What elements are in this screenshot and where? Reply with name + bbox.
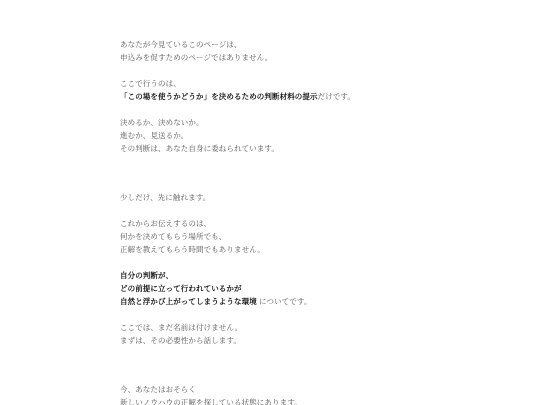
text-line: まずは、その必要性から話します。	[120, 334, 420, 347]
text-line: ここでは、まだ名前は付けません。	[120, 321, 420, 334]
text-line: あなたが今見ているこのページは、	[120, 38, 420, 51]
text-line: 新しいノウハウの正解を探している状態にあります。	[120, 396, 420, 405]
paragraph-disclaimer: これからお伝えするのは、 何かを決めてもらう場所でも、 正解を教えてもらう時間で…	[120, 217, 420, 256]
text-line: これからお伝えするのは、	[120, 217, 420, 230]
text-line: 決めるか、決めないか。	[120, 116, 420, 129]
text-line: 進むか、見送るか。	[120, 129, 420, 142]
paragraph-preview: 少しだけ、先に触れます。	[120, 191, 420, 204]
emphasis-text: 「この場を使うかどうか」を決めるための判断材料の提示	[120, 92, 318, 101]
paragraph-current-state: 今、あなたはおそらく 新しいノウハウの正解を探している状態にあります。	[120, 383, 420, 405]
text-line: 何かを決めてもらう場所でも、	[120, 230, 420, 243]
text-line: 少しだけ、先に触れます。	[120, 191, 420, 204]
emphasis-line: 自分の判断が、	[120, 269, 420, 282]
text-line: 自然と浮かび上がってしまうような環境 についてです。	[120, 295, 420, 308]
paragraph-intro: あなたが今見ているこのページは、 申込みを促すためのページではありません。	[120, 38, 420, 64]
text-line: 申込みを促すためのページではありません。	[120, 51, 420, 64]
text-segment: についてです。	[257, 297, 312, 306]
text-line: ここで行うのは、	[120, 77, 420, 90]
emphasis-line: どの前提に立って行われているかが	[120, 282, 420, 295]
text-line: 正解を教えてもらう時間でもありません。	[120, 243, 420, 256]
text-line: 今、あなたはおそらく	[120, 383, 420, 396]
text-line: 「この場を使うかどうか」を決めるための判断材料の提示だけです。	[120, 90, 420, 103]
paragraph-purpose: ここで行うのは、 「この場を使うかどうか」を決めるための判断材料の提示だけです。	[120, 77, 420, 103]
paragraph-naming: ここでは、まだ名前は付けません。 まずは、その必要性から話します。	[120, 321, 420, 347]
text-segment: だけです。	[318, 92, 355, 101]
paragraph-decision: 決めるか、決めないか。 進むか、見送るか。 その判断は、あなた自身に委ねられてい…	[120, 116, 420, 155]
text-line: その判断は、あなた自身に委ねられています。	[120, 142, 420, 155]
page: あなたが今見ているこのページは、 申込みを促すためのページではありません。 ここ…	[120, 0, 420, 405]
paragraph-environment: 自分の判断が、 どの前提に立って行われているかが 自然と浮かび上がってしまうよう…	[120, 269, 420, 308]
emphasis-text: 自然と浮かび上がってしまうような環境	[120, 297, 257, 306]
